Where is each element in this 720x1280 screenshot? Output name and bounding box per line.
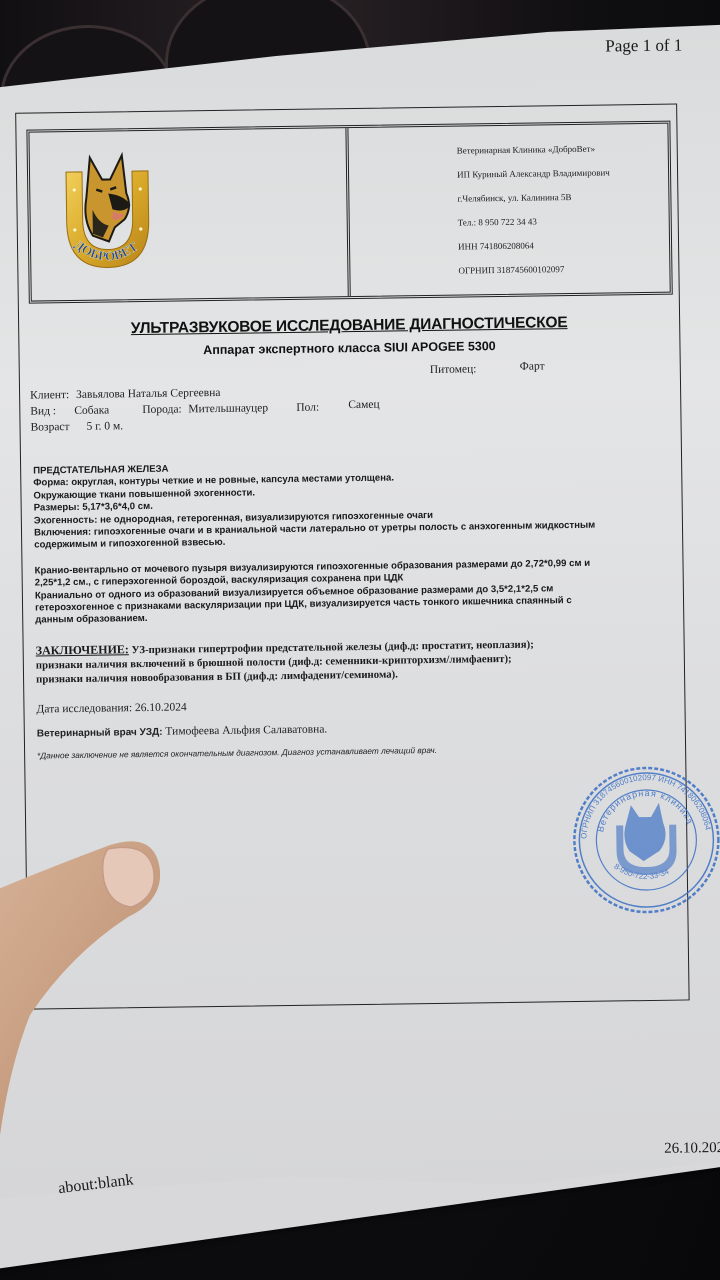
clinic-phone: Тел.: 8 950 722 34 43 bbox=[458, 208, 669, 235]
document-title: УЛЬТРАЗВУКОВОЕ ИССЛЕДОВАНИЕ ДИАГНОСТИЧЕС… bbox=[19, 313, 679, 340]
clinic-name: Ветеринарная Клиника «ДоброВет» bbox=[457, 136, 668, 163]
clinic-address: г.Челябинск, ул. Калинина 5В bbox=[457, 184, 668, 211]
conclusion-label: ЗАКЛЮЧЕНИЕ: bbox=[36, 642, 129, 657]
age-label: Возраст bbox=[30, 419, 69, 436]
dobrovet-logo-icon: ДОБРОВЕТ bbox=[52, 149, 164, 276]
pet-value: Фарт bbox=[520, 358, 545, 374]
page-indicator: Page 1 of 1 bbox=[605, 35, 682, 56]
breed-label: Порода: bbox=[142, 401, 182, 418]
clinic-header: ДОБРОВЕТ Ветеринарная Клиника «ДоброВет»… bbox=[26, 121, 672, 304]
client-label: Клиент: bbox=[30, 387, 69, 404]
thumb bbox=[0, 835, 160, 1135]
pet-label: Питомец: bbox=[430, 361, 477, 378]
clinic-info: Ветеринарная Клиника «ДоброВет» ИП Курин… bbox=[348, 124, 669, 296]
clinic-inn: ИНН 741806208064 bbox=[458, 232, 669, 259]
study-date: Дата исследования: 26.10.2024 bbox=[36, 701, 186, 715]
photo-scene: about:blank Page 1 of 1 bbox=[0, 0, 720, 1280]
doctor-signature: Ветеринарный врач УЗД: Тимофеева Альфия … bbox=[37, 723, 328, 739]
clinic-owner: ИП Куриный Александр Владимирович bbox=[457, 160, 668, 187]
findings-section: ПРЕДСТАТЕЛЬНАЯ ЖЕЛЕЗА Форма: округлая, к… bbox=[33, 457, 655, 641]
doctor-name: Тимофеева Альфия Салаватовна. bbox=[165, 723, 327, 737]
print-footer-url: about:blank bbox=[57, 1171, 134, 1198]
sex-value: Самец bbox=[348, 397, 380, 413]
age-value: 5 г. 0 м. bbox=[86, 418, 123, 435]
clinic-ogrnip: ОГРНИП 318745600102097 bbox=[458, 256, 669, 283]
document-subtitle: Аппарат экспертного класса SIUI APOGEE 5… bbox=[19, 337, 679, 360]
patient-info: Питомец: Фарт Клиент: Завьялова Наталья … bbox=[30, 363, 651, 436]
disclaimer: *Данное заключение не является окончател… bbox=[37, 745, 437, 761]
print-footer-date: 26.10.2024 bbox=[664, 1140, 720, 1158]
study-date-value: 26.10.2024 bbox=[135, 701, 187, 714]
doctor-label: Ветеринарный врач УЗД: bbox=[37, 727, 163, 740]
conclusion-section: ЗАКЛЮЧЕНИЕ: УЗ-признаки гипертрофии пред… bbox=[36, 635, 657, 687]
prostate-findings: ПРЕДСТАТЕЛЬНАЯ ЖЕЛЕЗА Форма: округлая, к… bbox=[33, 457, 654, 552]
breed-value: Мительшнауцер bbox=[188, 400, 268, 417]
logo-cell: ДОБРОВЕТ bbox=[29, 128, 350, 300]
species-value: Собака bbox=[74, 402, 109, 418]
study-date-label: Дата исследования: bbox=[36, 702, 132, 715]
additional-findings: Кранио-вентарльно от мочевого пузыря виз… bbox=[34, 557, 655, 628]
sex-label: Пол: bbox=[296, 400, 319, 416]
species-label: Вид : bbox=[30, 403, 56, 419]
clinic-stamp-icon: ОГРНИП 318745600102097 ИНН 741806208064 … bbox=[570, 764, 720, 916]
